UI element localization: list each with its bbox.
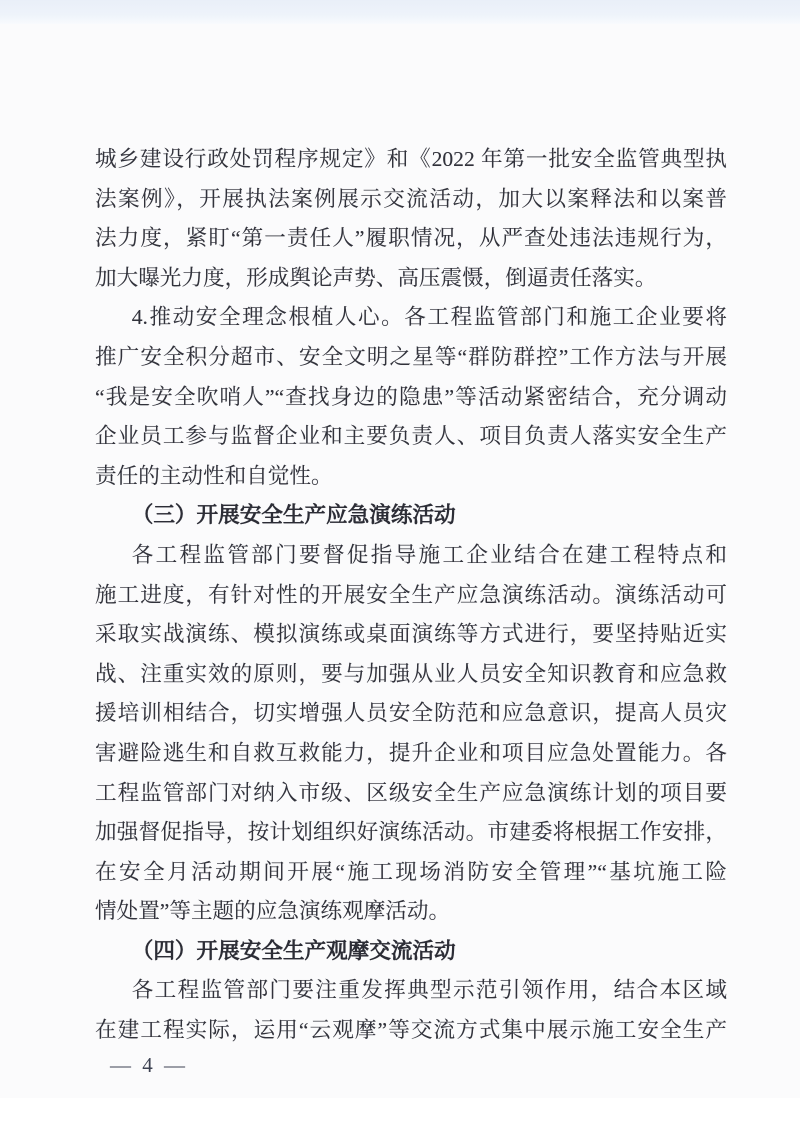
text-line: 城乡建设行政处罚程序规定》和《2022 年第一批安全监管典型执 xyxy=(95,140,727,180)
text-line: 在安全月活动期间开展“施工现场消防安全管理”“基坑施工险 xyxy=(95,853,727,893)
text-line: 情处置”等主题的应急演练观摩活动。 xyxy=(95,892,727,932)
document-body: 城乡建设行政处罚程序规定》和《2022 年第一批安全监管典型执法案例》，开展执法… xyxy=(95,140,727,1051)
text-line: 责任的主动性和自觉性。 xyxy=(95,457,727,497)
scan-bottom-artifact xyxy=(0,1098,800,1132)
text-line: 加强督促指导，按计划组织好演练活动。市建委将根据工作安排， xyxy=(95,813,727,853)
text-line: “我是安全吹哨人”“查找身边的隐患”等活动紧密结合，充分调动 xyxy=(95,378,727,418)
section-heading: （三）开展安全生产应急演练活动 xyxy=(95,496,727,536)
text-line: 4.推动安全理念根植人心。各工程监管部门和施工企业要将 xyxy=(95,298,727,338)
text-line: 工程监管部门对纳入市级、区级安全生产应急演练计划的项目要 xyxy=(95,774,727,814)
text-line: 法案例》，开展执法案例展示交流活动，加大以案释法和以案普 xyxy=(95,180,727,220)
text-line: 援培训相结合，切实增强人员安全防范和应急意识，提高人员灾 xyxy=(95,694,727,734)
scan-edge-artifact xyxy=(0,0,800,24)
text-line: 法力度，紧盯“第一责任人”履职情况，从严查处违法违规行为， xyxy=(95,219,727,259)
text-line: 各工程监管部门要注重发挥典型示范引领作用，结合本区域 xyxy=(95,971,727,1011)
text-line: 加大曝光力度，形成舆论声势、高压震慑，倒逼责任落实。 xyxy=(95,259,727,299)
text-line: 害避险逃生和自救互救能力，提升企业和项目应急处置能力。各 xyxy=(95,734,727,774)
text-line: 战、注重实效的原则，要与加强从业人员安全知识教育和应急救 xyxy=(95,655,727,695)
section-heading: （四）开展安全生产观摩交流活动 xyxy=(95,932,727,972)
document-page: 城乡建设行政处罚程序规定》和《2022 年第一批安全监管典型执法案例》，开展执法… xyxy=(0,0,800,1132)
text-line: 各工程监管部门要督促指导施工企业结合在建工程特点和 xyxy=(95,536,727,576)
text-line: 在建工程实际，运用“云观摩”等交流方式集中展示施工安全生产 xyxy=(95,1011,727,1051)
text-line: 施工进度，有针对性的开展安全生产应急演练活动。演练活动可 xyxy=(95,576,727,616)
page-number: — 4 — xyxy=(110,1053,188,1078)
text-line: 采取实战演练、模拟演练或桌面演练等方式进行，要坚持贴近实 xyxy=(95,615,727,655)
text-line: 推广安全积分超市、安全文明之星等“群防群控”工作方法与开展 xyxy=(95,338,727,378)
text-line: 企业员工参与监督企业和主要负责人、项目负责人落实安全生产 xyxy=(95,417,727,457)
